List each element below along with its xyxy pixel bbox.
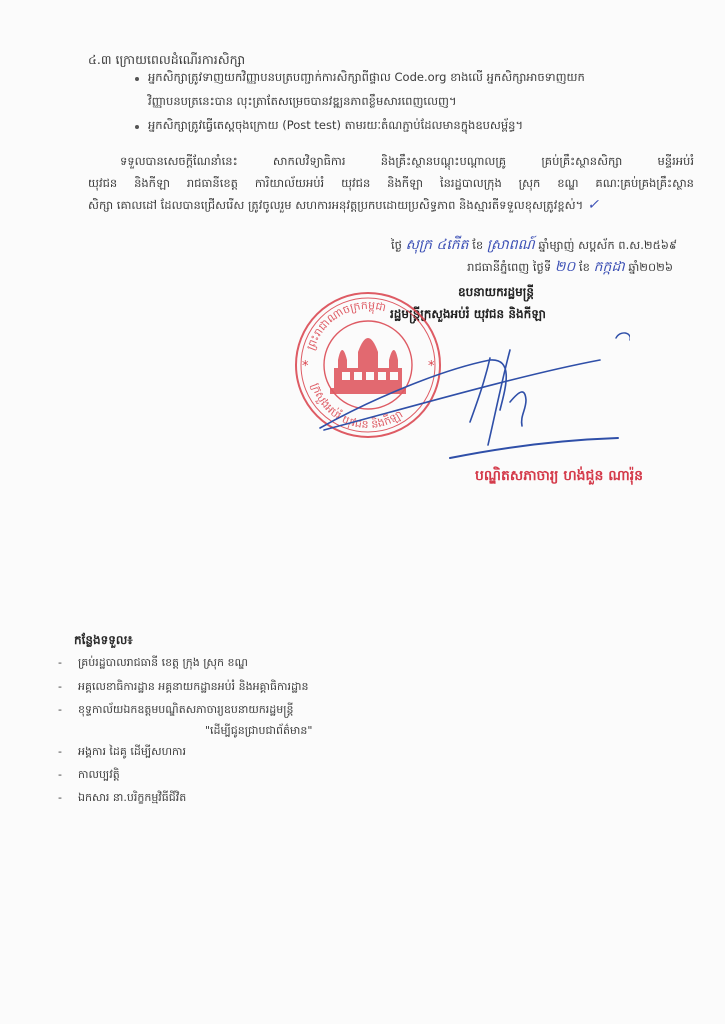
recipient-item: -គ្រប់រដ្ឋបាលរាជធានី ខេត្ត ក្រុង ស្រុក ខ… [58, 656, 248, 672]
dash: - [58, 656, 78, 669]
recipient-text: គ្រប់រដ្ឋបាលរាជធានី ខេត្ត ក្រុង ស្រុក ខណ… [78, 656, 248, 669]
recipient-item: -អគ្គលេខាធិការដ្ឋាន អគ្គនាយកដ្ឋានអប់រំ ន… [58, 680, 308, 696]
city-date-prefix: រាជធានីភ្នំពេញ ថ្ងៃទី [467, 260, 551, 274]
recipient-item: -ខុទ្ទកាល័យឯកឧត្តមបណ្ឌិតសភាចារ្យឧបនាយករដ… [58, 703, 294, 719]
dash: - [58, 768, 78, 781]
solar-date-line: រាជធានីភ្នំពេញ ថ្ងៃទី ២០ ខែ កក្កដា ឆ្នាំ… [467, 256, 673, 278]
dash: - [58, 745, 78, 758]
document-page: ៤.៣ ក្រោយពេលដំណើរការសិក្សា អ្នកសិក្សាត្រ… [0, 0, 725, 1024]
handwritten-lunar-day: សុក្រ ៤កើត [406, 237, 469, 253]
paragraph-line: ទទួលបានសេចក្តីណែនាំនេះ សាកលវិទ្យាធិការ ន… [88, 150, 694, 172]
recipient-text: ខុទ្ទកាល័យឯកឧត្តមបណ្ឌិតសភាចារ្យឧបនាយករដ្… [78, 703, 294, 716]
dash: - [58, 791, 78, 804]
month-label: ខែ [472, 238, 483, 252]
signatory-title-1: ឧបនាយករដ្ឋមន្ត្រី [458, 284, 534, 302]
recipient-text: អគ្គលេខាធិការដ្ឋាន អគ្គនាយកដ្ឋានអប់រំ និ… [78, 680, 308, 693]
date-prefix: ថ្ងៃ [391, 238, 402, 252]
bullet-1-line-2: វិញ្ញាបនបត្រនេះបាន លុះត្រាតែសម្រេចបានវឌ្… [148, 94, 457, 111]
paragraph-line: យុវជន និងកីឡា រាជធានីខេត្ត ការិយាល័យអប់រ… [88, 172, 694, 194]
bullet-1-line-1: អ្នកសិក្សាត្រូវទាញយកវិញ្ញាបនបត្របញ្ជាក់ក… [148, 70, 585, 87]
dash: - [58, 703, 78, 716]
section-heading: ៤.៣ ក្រោយពេលដំណើរការសិក្សា [88, 52, 245, 68]
checkmark-icon: ✓ [587, 197, 599, 213]
recipients-title: កន្លែងទទួល៖ [74, 632, 133, 650]
paragraph-line-text: សិក្សា គោលដៅ ដែលបានជ្រើសរើស ត្រូវចូលរួម … [88, 198, 583, 212]
lunar-date-line: ថ្ងៃ សុក្រ ៤កើត ខែ ស្រាពណ៍ ឆ្នាំម្សាញ់ ស… [391, 234, 677, 256]
recipient-text: ឯកសារ នា.បរិក្ខកម្មវិធីជីវិត [78, 791, 186, 804]
paragraph-line: សិក្សា គោលដៅ ដែលបានជ្រើសរើស ត្រូវចូលរួម … [88, 194, 694, 216]
handwritten-day: ២០ [555, 259, 576, 275]
bullet-icon [135, 77, 139, 81]
recipient-item: -កាលប្បវត្តិ [58, 768, 120, 784]
signer-name: បណ្ឌិតសភាចារ្យ ហង់ជួន ណារ៉ុន [475, 466, 643, 487]
handwritten-signature-icon [300, 330, 630, 470]
recipient-item-note: "ដើម្បីជូនជ្រាបជាព័ត៌មាន" [205, 724, 312, 740]
closing-paragraph: ទទួលបានសេចក្តីណែនាំនេះ សាកលវិទ្យាធិការ ន… [88, 150, 694, 216]
lunar-year: ឆ្នាំម្សាញ់ សប្តស័ក ព.ស.២៥៦៩ [538, 238, 677, 252]
bullet-2-line-1: អ្នកសិក្សាត្រូវធ្វើតេស្តចុងក្រោយ (Post t… [148, 118, 523, 135]
handwritten-month: កក្កដា [594, 259, 625, 275]
recipient-text: កាលប្បវត្តិ [78, 768, 120, 781]
handwritten-lunar-month: ស្រាពណ៍ [487, 237, 535, 253]
month-label: ខែ [579, 260, 590, 274]
year: ឆ្នាំ២០២៦ [628, 260, 673, 274]
recipient-item: -ឯកសារ នា.បរិក្ខកម្មវិធីជីវិត [58, 791, 186, 807]
recipient-item: -អង្គការ ដៃគូ ដើម្បីសហការ [58, 745, 186, 761]
recipient-text: អង្គការ ដៃគូ ដើម្បីសហការ [78, 745, 186, 758]
dash: - [58, 680, 78, 693]
bullet-icon [135, 125, 139, 129]
